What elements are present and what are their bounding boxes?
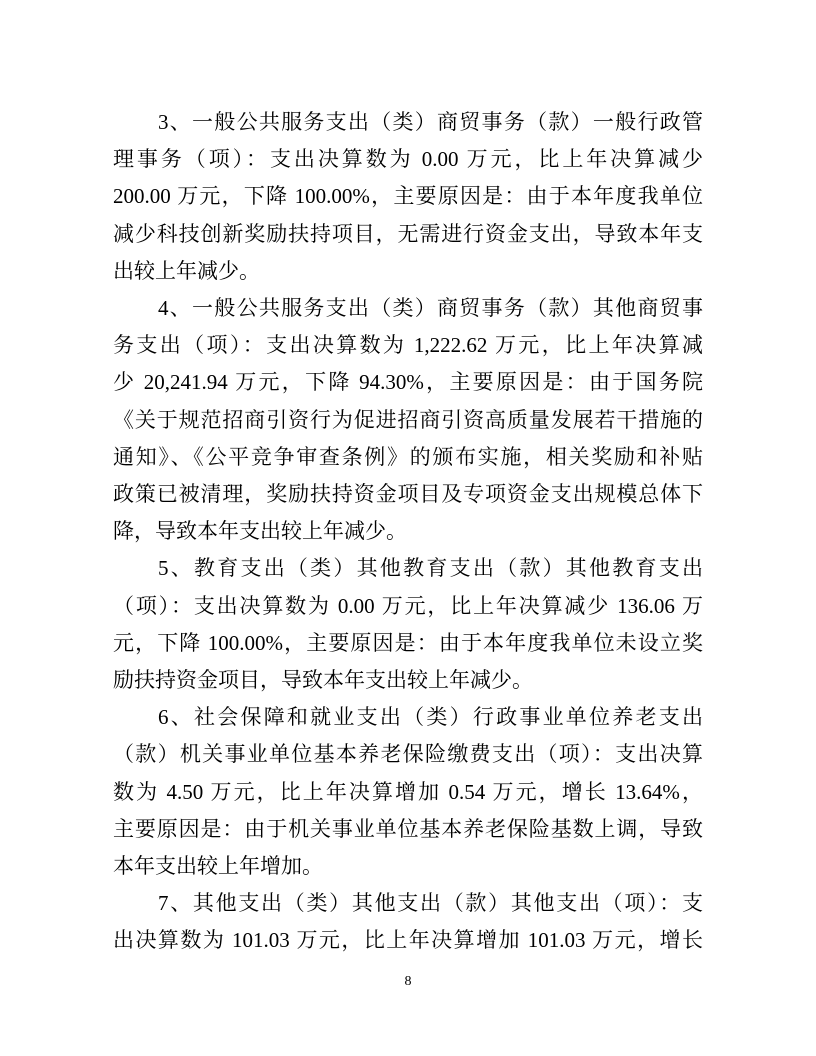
paragraph-3: 3、一般公共服务支出（类）商贸事务（款）一般行政管 理事务（项）：支出决算数为 … [113,104,703,290]
document-body: 3、一般公共服务支出（类）商贸事务（款）一般行政管 理事务（项）：支出决算数为 … [113,104,703,960]
text-line: 200.00 万元，下降 100.00%，主要原因是：由于本年度我单位 [113,178,703,215]
text-line: 5、教育支出（类）其他教育支出（款）其他教育支出 [113,550,703,587]
text-line: 励扶持资金项目，导致本年支出较上年减少。 [113,662,703,699]
text-line: 本年支出较上年增加。 [113,848,703,885]
text-line: 6、社会保障和就业支出（类）行政事业单位养老支出 [113,699,703,736]
text-line: 通知》、《公平竞争审查条例》的颁布实施，相关奖励和补贴 [113,439,703,476]
text-line: 降，导致本年支出较上年减少。 [113,513,703,550]
text-line: 减少科技创新奖励扶持项目，无需进行资金支出，导致本年支 [113,216,703,253]
text-line: 出较上年减少。 [113,253,703,290]
text-line: 主要原因是：由于机关事业单位基本养老保险基数上调，导致 [113,811,703,848]
page-footer: 8 [0,972,816,991]
text-line: 《关于规范招商引资行为促进招商引资高质量发展若干措施的 [113,402,703,439]
text-line: 7、其他支出（类）其他支出（款）其他支出（项）：支 [113,885,703,922]
paragraph-4: 4、一般公共服务支出（类）商贸事务（款）其他商贸事 务支出（项）：支出决算数为 … [113,290,703,550]
paragraph-5: 5、教育支出（类）其他教育支出（款）其他教育支出 （项）：支出决算数为 0.00… [113,550,703,699]
document-page: 3、一般公共服务支出（类）商贸事务（款）一般行政管 理事务（项）：支出决算数为 … [0,0,816,1056]
text-line: 出决算数为 101.03 万元，比上年决算增加 101.03 万元，增长 [113,922,703,959]
paragraph-7: 7、其他支出（类）其他支出（款）其他支出（项）：支 出决算数为 101.03 万… [113,885,703,959]
text-line: （款）机关事业单位基本养老保险缴费支出（项）：支出决算 [113,736,703,773]
text-line: 务支出（项）：支出决算数为 1,222.62 万元，比上年决算减 [113,327,703,364]
text-line: 元，下降 100.00%，主要原因是：由于本年度我单位未设立奖 [113,625,703,662]
text-line: 理事务（项）：支出决算数为 0.00 万元，比上年决算减少 [113,141,703,178]
text-line: 3、一般公共服务支出（类）商贸事务（款）一般行政管 [113,104,703,141]
text-line: 数为 4.50 万元，比上年决算增加 0.54 万元，增长 13.64%， [113,774,703,811]
text-line: 政策已被清理，奖励扶持资金项目及专项资金支出规模总体下 [113,476,703,513]
paragraph-6: 6、社会保障和就业支出（类）行政事业单位养老支出 （款）机关事业单位基本养老保险… [113,699,703,885]
page-number: 8 [405,974,412,989]
text-line: （项）：支出决算数为 0.00 万元，比上年决算减少 136.06 万 [113,588,703,625]
text-line: 少 20,241.94 万元，下降 94.30%，主要原因是：由于国务院 [113,364,703,401]
text-line: 4、一般公共服务支出（类）商贸事务（款）其他商贸事 [113,290,703,327]
